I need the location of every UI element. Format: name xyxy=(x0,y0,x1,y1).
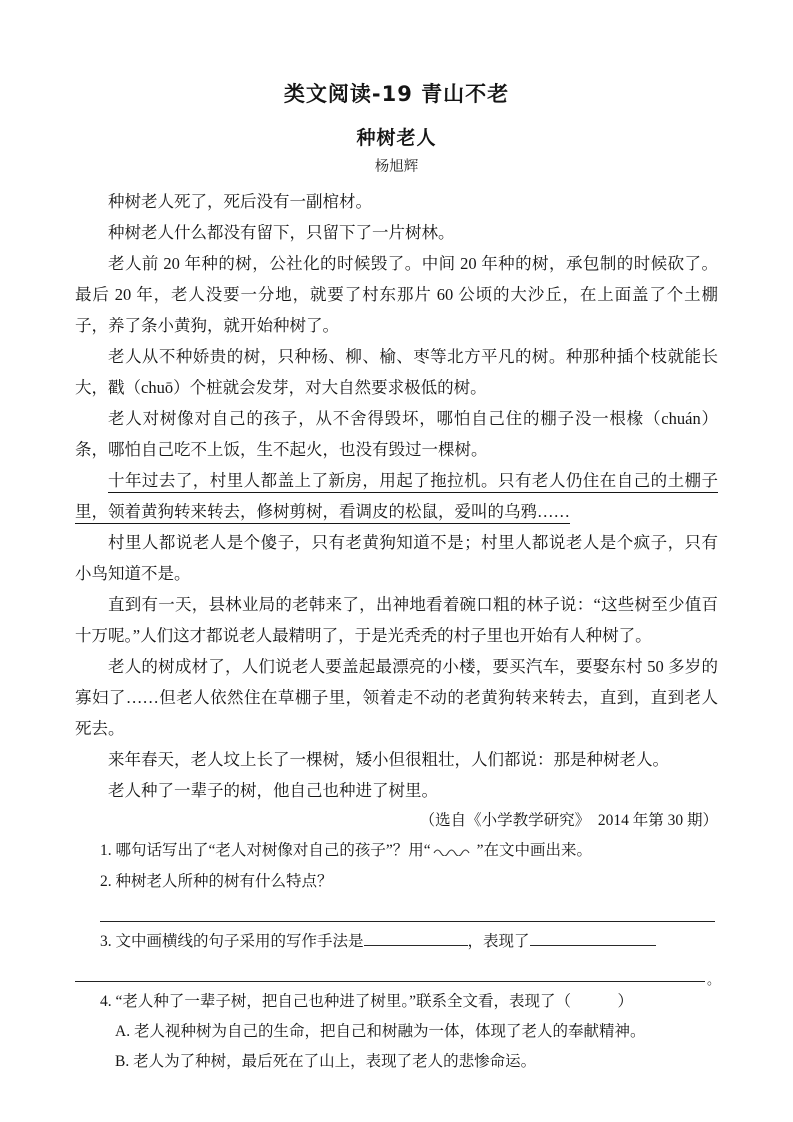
underlined-paragraph: 十年过去了，村里人都盖上了新房，用起了拖拉机。只有老人仍住在自己的土棚子里，领着… xyxy=(75,465,718,527)
document-page: 类文阅读-19 青山不老 种树老人 杨旭辉 种树老人死了，死后没有一副棺材。 种… xyxy=(0,0,793,1122)
question-4: 4. “老人种了一辈子树，把自己也种进了树里。”联系全文看，表现了（ ） xyxy=(75,987,718,1017)
article-paragraph: 老人的树成材了，人们说老人要盖起最漂亮的小楼，要买汽车，要娶东村 50 多岁的寡… xyxy=(75,651,718,744)
option-a: A. 老人视种树为自己的生命，把自己和树融为一体，体现了老人的奉献精神。 xyxy=(75,1017,718,1047)
article-paragraph: 老人从不种娇贵的树，只种杨、柳、榆、枣等北方平凡的树。种那种插个枝就能长大，戳（… xyxy=(75,341,718,403)
wavy-line-icon xyxy=(433,837,475,867)
questions-section: 1. 哪句话写出了“老人对树像对自己的孩子”？用“”在文中画出来。 2. 种树老… xyxy=(75,836,718,1077)
option-b: B. 老人为了种树，最后死在了山上，表现了老人的悲惨命运。 xyxy=(75,1047,718,1077)
question-3-part1: 3. 文中画横线的句子采用的写作手法是 xyxy=(100,933,364,950)
answer-blank-inline xyxy=(364,929,468,946)
article-paragraph: 来年春天，老人坟上长了一棵树，矮小但很粗壮，人们都说：那是种树老人。 xyxy=(75,744,718,775)
question-1-prefix: 1. 哪句话写出了“老人对树像对自己的孩子”？用“ xyxy=(100,842,431,859)
question-3-part2: ，表现了 xyxy=(468,933,530,950)
answer-blank-inline xyxy=(530,929,656,946)
answer-blank-row-q2 xyxy=(75,897,718,927)
doc-title: 类文阅读-19 青山不老 xyxy=(75,82,718,106)
question-1: 1. 哪句话写出了“老人对树像对自己的孩子”？用“”在文中画出来。 xyxy=(75,836,718,867)
question-3: 3. 文中画横线的句子采用的写作手法是，表现了 xyxy=(75,927,718,957)
article-title: 种树老人 xyxy=(75,127,718,149)
answer-blank-line xyxy=(75,981,705,982)
answer-blank-line xyxy=(100,921,715,922)
article-paragraph: 老人前 20 年种的树，公社化的时候毁了。中间 20 年种的树，承包制的时候砍了… xyxy=(75,248,718,341)
article-author: 杨旭辉 xyxy=(75,158,718,176)
answer-blank-row-q3: 。 xyxy=(75,957,718,987)
article-paragraph: 村里人都说老人是个傻子，只有老黄狗知道不是；村里人都说老人是个疯子，只有小鸟知道… xyxy=(75,527,718,589)
article-paragraph: 老人种了一辈子的树，他自己也种进了树里。 xyxy=(75,775,718,806)
question-1-suffix: ”在文中画出来。 xyxy=(477,842,592,859)
question-2: 2. 种树老人所种的树有什么特点？ xyxy=(75,867,718,897)
trailing-period: 。 xyxy=(707,973,720,986)
source-citation: （选自《小学教学研究》 2014 年第 30 期） xyxy=(75,806,718,836)
article-body: 种树老人死了，死后没有一副棺材。 种树老人什么都没有留下，只留下了一片树林。 老… xyxy=(75,186,718,806)
article-paragraph: 老人对树像对自己的孩子，从不舍得毁坏，哪怕自己住的棚子没一根椽（chuán）条，… xyxy=(75,403,718,465)
article-paragraph: 种树老人死了，死后没有一副棺材。 xyxy=(75,186,718,217)
article-paragraph: 直到有一天，县林业局的老韩来了，出神地看着碗口粗的林子说：“这些树至少值百十万呢… xyxy=(75,589,718,651)
article-paragraph: 种树老人什么都没有留下，只留下了一片树林。 xyxy=(75,217,718,248)
